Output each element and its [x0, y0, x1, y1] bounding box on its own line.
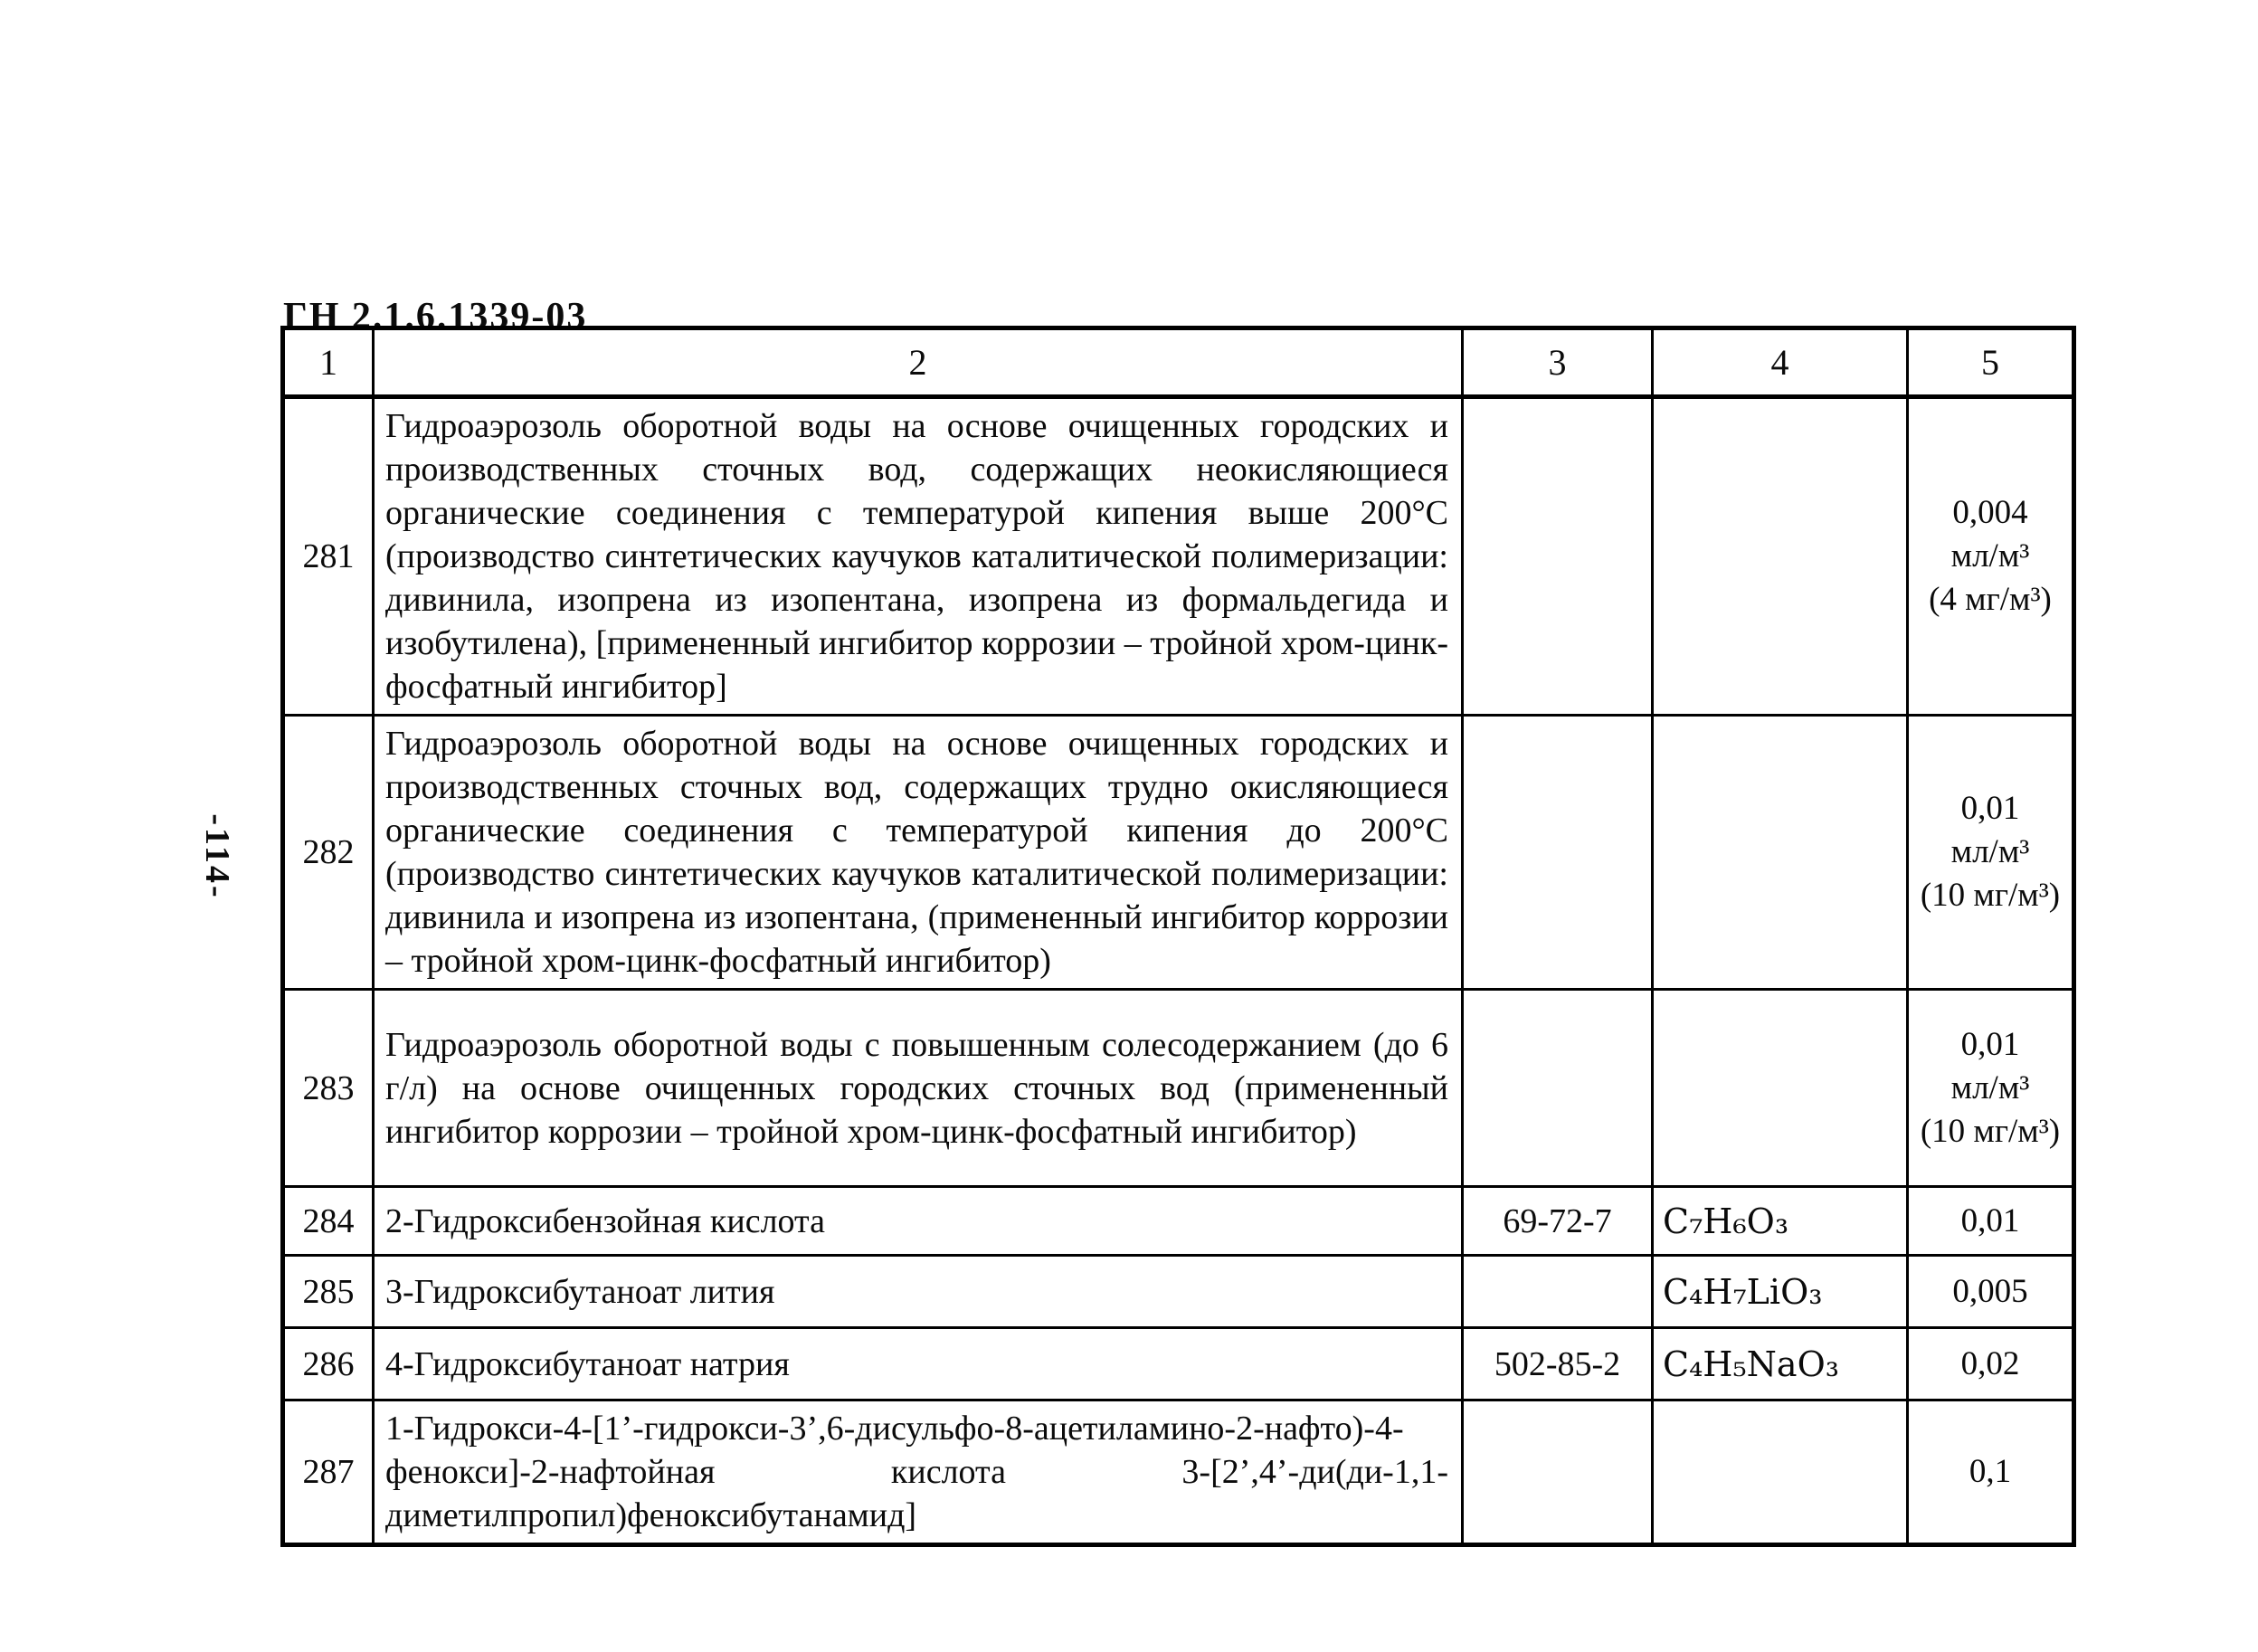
row-number-cell: 282 [283, 716, 374, 990]
limit-value-cell: 0,02 [1908, 1328, 2074, 1400]
formula-cell [1653, 716, 1908, 990]
formula-cell [1653, 397, 1908, 716]
table-row: 281 Гидроаэрозоль оборотной воды на осно… [283, 397, 2074, 716]
table-row: 287 1-Гидрокси-4-[1’-гидрокси-3’,6-дисул… [283, 1400, 2074, 1545]
column-header-limit: 5 [1908, 328, 2074, 397]
row-number-cell: 286 [283, 1328, 374, 1400]
limit-value-cell: 0,01 мл/м³ (10 мг/м³) [1908, 716, 2074, 990]
cas-number-cell [1463, 1256, 1653, 1328]
row-number-cell: 284 [283, 1187, 374, 1256]
column-header-formula: 4 [1653, 328, 1908, 397]
side-page-number: -114- [197, 757, 237, 956]
substance-name-cell: Гидроаэрозоль оборотной воды с повышенны… [374, 990, 1463, 1187]
limit-value-cell: 0,01 мл/м³ (10 мг/м³) [1908, 990, 2074, 1187]
table-row: 286 4-Гидроксибутаноат натрия 502-85-2 C… [283, 1328, 2074, 1400]
formula-cell: C₇H₆O₃ [1653, 1187, 1908, 1256]
cas-number-cell: 69-72-7 [1463, 1187, 1653, 1256]
formula-cell: C₄H₇LiO₃ [1653, 1256, 1908, 1328]
limit-value-cell: 0,005 [1908, 1256, 2074, 1328]
substance-name-cell: 4-Гидроксибутаноат натрия [374, 1328, 1463, 1400]
formula-cell [1653, 1400, 1908, 1545]
column-header-number: 1 [283, 328, 374, 397]
substance-name-cell: 1-Гидрокси-4-[1’-гидрокси-3’,6-дисульфо-… [374, 1400, 1463, 1545]
scanned-document-page: ГН 2.1.6.1339-03 -114- 1 2 3 4 5 281 Гид… [0, 0, 2258, 1652]
formula-cell [1653, 990, 1908, 1187]
limit-value-cell: 0,01 [1908, 1187, 2074, 1256]
cas-number-cell [1463, 397, 1653, 716]
table-row: 284 2-Гидроксибензойная кислота 69-72-7 … [283, 1187, 2074, 1256]
substance-name-cell: Гидроаэрозоль оборотной воды на основе о… [374, 397, 1463, 716]
cas-number-cell [1463, 716, 1653, 990]
table-row: 283 Гидроаэрозоль оборотной воды с повыш… [283, 990, 2074, 1187]
limit-value-cell: 0,004 мл/м³ (4 мг/м³) [1908, 397, 2074, 716]
formula-cell: C₄H₅NaO₃ [1653, 1328, 1908, 1400]
substance-limits-table: 1 2 3 4 5 281 Гидроаэрозоль оборотной во… [280, 326, 2076, 1547]
cas-number-cell [1463, 990, 1653, 1187]
cas-number-cell: 502-85-2 [1463, 1328, 1653, 1400]
substance-name-cell: 3-Гидроксибутаноат лития [374, 1256, 1463, 1328]
row-number-cell: 287 [283, 1400, 374, 1545]
row-number-cell: 285 [283, 1256, 374, 1328]
substance-name-cell: 2-Гидроксибензойная кислота [374, 1187, 1463, 1256]
row-number-cell: 281 [283, 397, 374, 716]
column-header-cas: 3 [1463, 328, 1653, 397]
table-row: 282 Гидроаэрозоль оборотной воды на осно… [283, 716, 2074, 990]
substance-name-cell: Гидроаэрозоль оборотной воды на основе о… [374, 716, 1463, 990]
row-number-cell: 283 [283, 990, 374, 1187]
cas-number-cell [1463, 1400, 1653, 1545]
table-row: 285 3-Гидроксибутаноат лития C₄H₇LiO₃ 0,… [283, 1256, 2074, 1328]
table-header-row: 1 2 3 4 5 [283, 328, 2074, 397]
column-header-name: 2 [374, 328, 1463, 397]
limit-value-cell: 0,1 [1908, 1400, 2074, 1545]
